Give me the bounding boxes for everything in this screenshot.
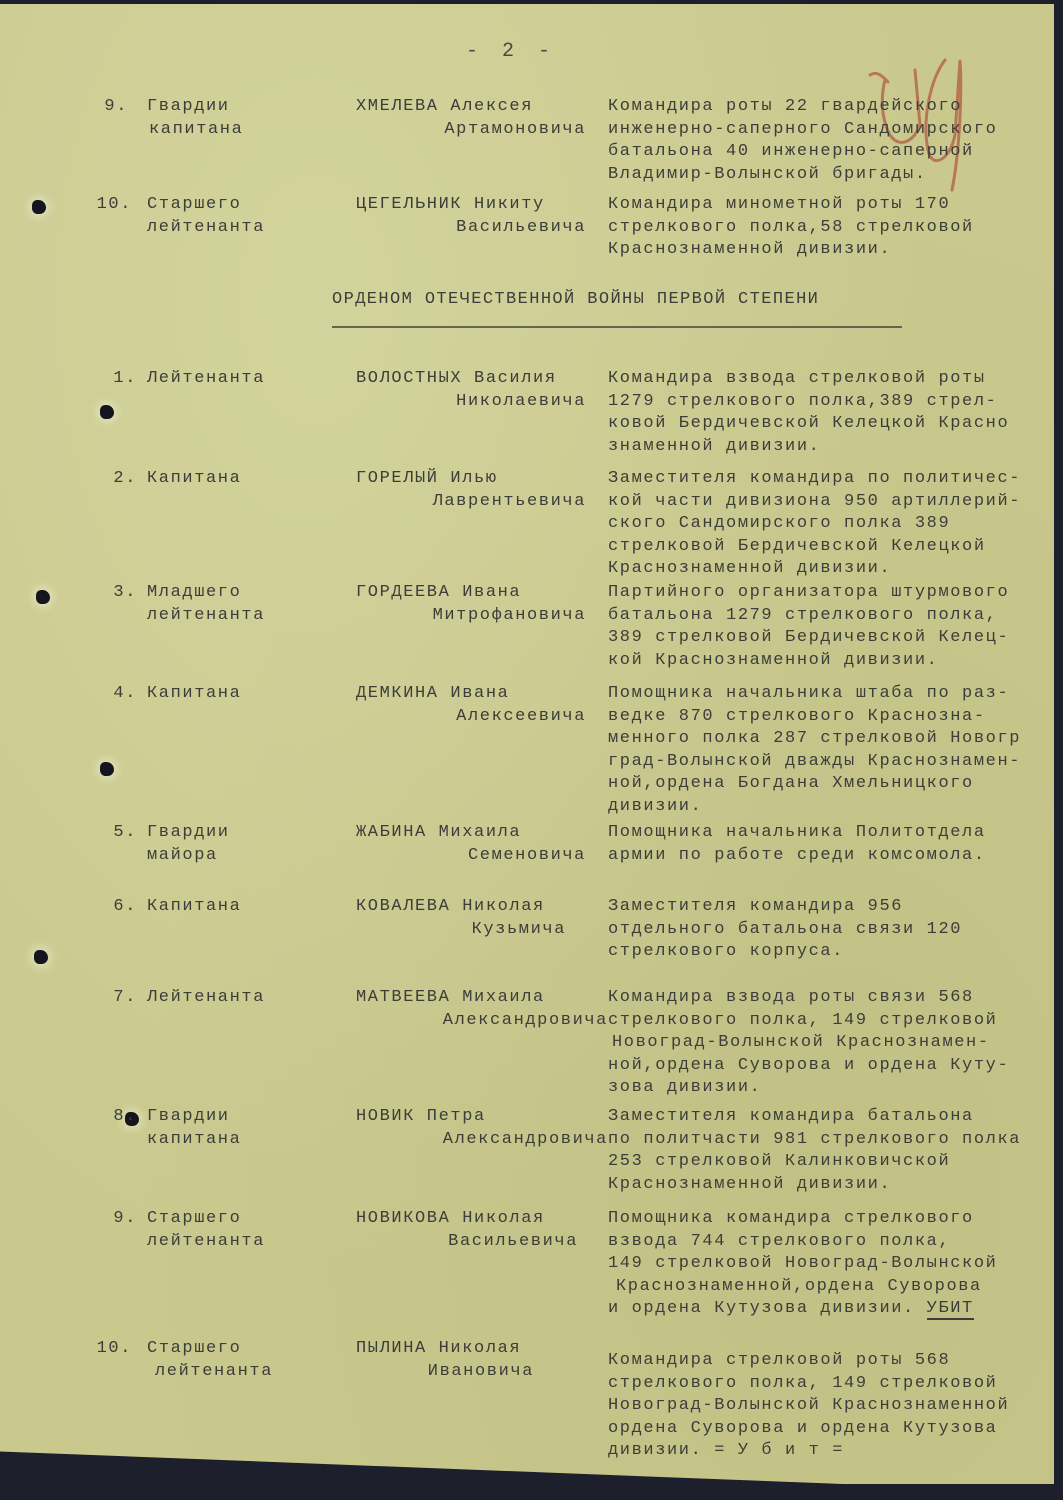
- entry-rank: Старшего лейтенанта: [147, 1208, 265, 1253]
- punch-hole: [100, 405, 114, 419]
- killed-status: УБИТ: [927, 1299, 974, 1320]
- entry-description: Командира стрелковой роты 568 стрелковог…: [608, 1350, 1058, 1463]
- entry-number: 2.: [97, 468, 137, 491]
- entry-name: ЖАБИНА Михаила Семеновича: [356, 822, 586, 867]
- entry-description: Командира минометной роты 170 стрелковог…: [608, 194, 1058, 262]
- entry-number: 7.: [97, 987, 137, 1010]
- entry-rank: Старшего лейтенанта: [147, 194, 265, 239]
- punch-hole: [100, 762, 114, 776]
- entry-number: 1.: [97, 368, 137, 391]
- entry-name: ГОРДЕЕВА Ивана Митрофановича: [356, 582, 586, 627]
- entry-rank: Лейтенанта: [147, 987, 265, 1010]
- entry-number: 4.: [97, 683, 137, 706]
- entry-name: ЦЕГЕЛЬНИК Никиту Васильевича: [356, 194, 586, 239]
- entry-rank: Гвардии капитана: [147, 96, 243, 141]
- entry-number: 3.: [97, 582, 137, 605]
- entry-number: 10.: [92, 1338, 132, 1361]
- entry-description: Заместителя командира 956 отдельного бат…: [608, 896, 1058, 964]
- entry-description: Помощника начальника Политотдела армии п…: [608, 822, 1058, 867]
- entry-description: Помощника начальника штаба по раз- ведке…: [608, 683, 1058, 818]
- entry-name: ДЕМКИНА Ивана Алексеевича: [356, 683, 586, 728]
- entry-name: ГОРЕЛЫЙ Илью Лаврентьевича: [356, 468, 586, 513]
- punch-hole: [34, 950, 48, 964]
- entry-rank: Капитана: [147, 468, 241, 491]
- entry-name: ВОЛОСТНЫХ Василия Николаевича: [356, 368, 586, 413]
- entry-number: 9.: [97, 1208, 137, 1231]
- entry-rank: Старшего лейтенанта: [147, 1338, 273, 1383]
- entry-description: Заместителя командира батальона по полит…: [608, 1106, 1058, 1196]
- entry-number: 5.: [97, 822, 137, 845]
- entry-name: ХМЕЛЕВА Алексея Артамоновича: [356, 96, 586, 141]
- entry-rank: Гвардии майора: [147, 822, 230, 867]
- entry-number: 6.: [97, 896, 137, 919]
- entry-rank: Гвардии капитана: [147, 1106, 241, 1151]
- punch-hole: [36, 590, 50, 604]
- entry-rank: Младшего лейтенанта: [147, 582, 265, 627]
- entry-description: Заместителя командира по политичес- кой …: [608, 468, 1058, 581]
- entry-description: Партийного организатора штурмового батал…: [608, 582, 1058, 672]
- entry-number: 10.: [92, 194, 132, 217]
- section-title: ОРДЕНОМ ОТЕЧЕСТВЕННОЙ ВОЙНЫ ПЕРВОЙ СТЕПЕ…: [332, 290, 819, 309]
- entry-description: Командира роты 22 гвардейского инженерно…: [608, 96, 1058, 186]
- entry-number: 9.: [88, 96, 128, 119]
- entry-name: НОВИКОВА Николая Васильевича: [356, 1208, 586, 1253]
- entry-name: КОВАЛЕВА Николая Кузьмича: [356, 896, 586, 941]
- entry-rank: Капитана: [147, 683, 241, 706]
- entry-name: НОВИК Петра Александровича: [356, 1106, 586, 1151]
- page-number: - 2 -: [466, 40, 556, 63]
- entry-description: Командира взвода стрелковой роты 1279 ст…: [608, 368, 1058, 458]
- entry-number: 8.: [97, 1106, 137, 1129]
- entry-description: Помощника командира стрелкового взвода 7…: [608, 1208, 1058, 1321]
- section-divider: [332, 326, 902, 328]
- entry-name: ПЫЛИНА Николая Ивановича: [356, 1338, 586, 1383]
- entry-rank: Лейтенанта: [147, 368, 265, 391]
- entry-description: Командира взвода роты связи 568 стрелков…: [608, 987, 1058, 1100]
- entry-rank: Капитана: [147, 896, 241, 919]
- punch-hole: [32, 200, 46, 214]
- entry-name: МАТВЕЕВА Михаила Александровича: [356, 987, 586, 1032]
